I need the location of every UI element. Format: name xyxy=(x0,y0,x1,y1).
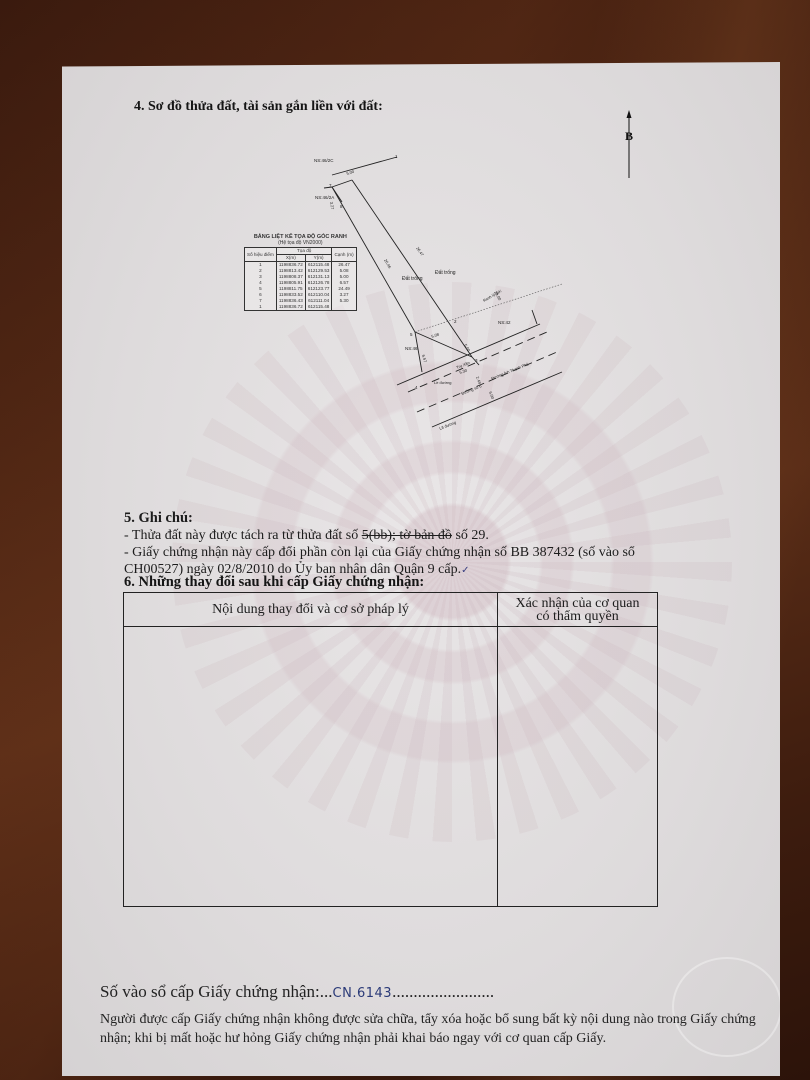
svg-text:Đất trống: Đất trống xyxy=(435,270,456,276)
changes-content-column: Nội dung thay đổi và cơ sở pháp lý xyxy=(124,593,498,906)
svg-text:NS:46/2A: NS:46/2A xyxy=(315,195,334,200)
svg-text:5.08: 5.08 xyxy=(431,331,441,339)
svg-text:5.00: 5.00 xyxy=(346,169,356,176)
svg-text:5: 5 xyxy=(410,332,413,337)
svg-text:2: 2 xyxy=(454,319,457,324)
svg-text:26.47: 26.47 xyxy=(415,246,425,258)
svg-text:Lề đường: Lề đường xyxy=(439,420,457,431)
registration-label: Số vào sổ cấp Giấy chứng nhận: xyxy=(100,982,320,1001)
parcel-sketch-map: NS:46/2C NS:46/2A NS:42 NS:46 Đất trống … xyxy=(62,62,780,462)
changes-content-cell xyxy=(124,627,497,906)
svg-text:26.46: 26.46 xyxy=(383,258,393,270)
notes-heading: 5. Ghi chú: xyxy=(124,510,684,527)
corner-coordinates-table: BẢNG LIỆT KÊ TỌA ĐỘ GÓC RANH (Hệ tọa độ … xyxy=(244,234,357,311)
svg-text:3: 3 xyxy=(475,358,478,363)
authority-confirmation-column: Xác nhận của cơ quan có thẩm quyền xyxy=(498,593,657,906)
svg-text:Đất trống: Đất trống xyxy=(402,276,423,282)
changes-content-header: Nội dung thay đổi và cơ sở pháp lý xyxy=(124,593,497,627)
notes-section: 5. Ghi chú: - Thửa đất này được tách ra … xyxy=(124,510,684,579)
handwritten-check: ✓ xyxy=(461,565,469,576)
warning-text: Người được cấp Giấy chứng nhận không đượ… xyxy=(100,1010,770,1048)
svg-text:NS:42: NS:42 xyxy=(498,320,511,325)
registration-number: CN.6143 xyxy=(333,986,393,1001)
svg-text:Đường số 6: Đường số 6 xyxy=(461,383,483,396)
svg-text:NS:46/2C: NS:46/2C xyxy=(314,158,334,163)
svg-text:3.27: 3.27 xyxy=(329,201,335,210)
registration-number-line: Số vào sổ cấp Giấy chứng nhận:...CN.6143… xyxy=(100,982,494,1002)
svg-text:4: 4 xyxy=(415,385,418,390)
land-certificate-page: 4. Sơ đồ thửa đất, tài sản gắn liền với … xyxy=(62,62,780,1076)
svg-text:6.57: 6.57 xyxy=(421,354,428,364)
svg-text:1: 1 xyxy=(395,154,398,159)
note-line-1: - Thửa đất này được tách ra từ thửa đất … xyxy=(124,527,684,544)
section-6-heading: 6. Những thay đổi sau khi cấp Giấy chứng… xyxy=(124,574,424,591)
svg-text:Lề đường: Lề đường xyxy=(434,380,452,385)
authority-confirmation-cell xyxy=(498,627,657,906)
svg-text:Đường Ích Thạnh Phú: Đường Ích Thạnh Phú xyxy=(491,361,530,381)
svg-text:6.00: 6.00 xyxy=(488,391,496,401)
changes-table: Nội dung thay đổi và cơ sở pháp lý Xác n… xyxy=(123,592,658,907)
coord-table-subtitle: (Hệ tọa độ VN2000) xyxy=(244,240,357,246)
svg-text:NS:46: NS:46 xyxy=(405,346,418,351)
authority-confirmation-header: Xác nhận của cơ quan có thẩm quyền xyxy=(498,593,657,627)
svg-text:5.00: 5.00 xyxy=(463,343,472,353)
coord-table-row: 11198836.72612115.48 xyxy=(245,304,357,311)
struck-text: 5(bb); tờ bản đồ xyxy=(362,528,452,543)
